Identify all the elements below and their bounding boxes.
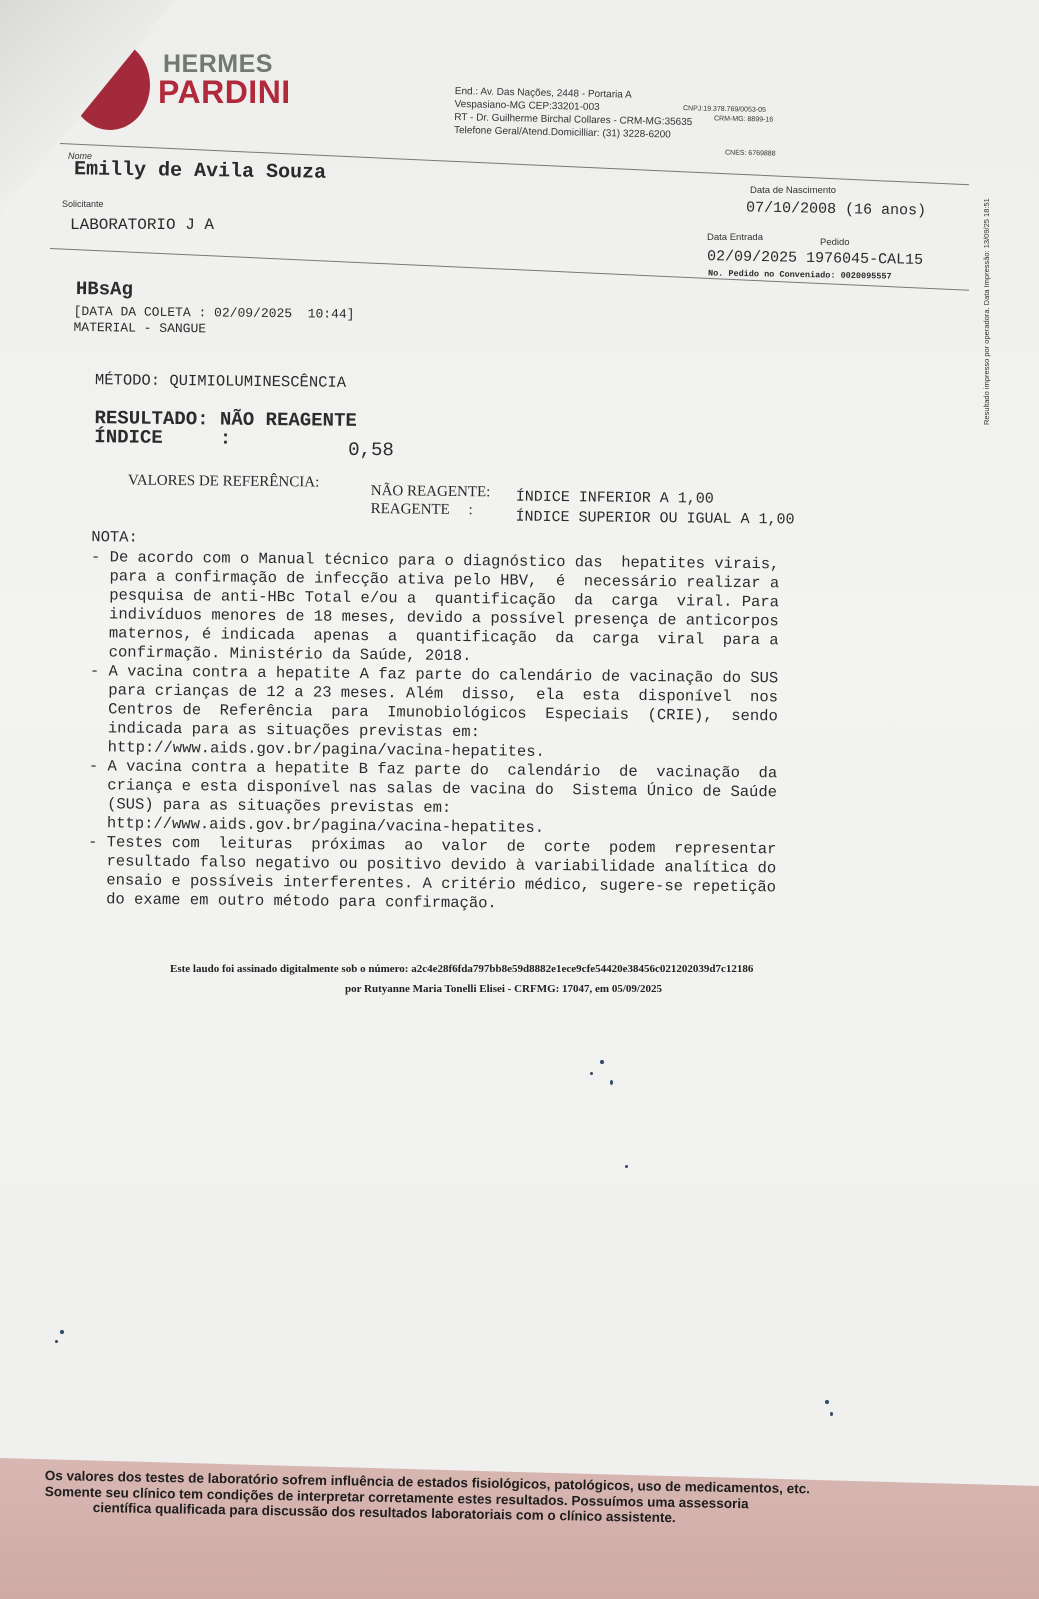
method: MÉTODO: QUIMIOLUMINESCÊNCIA xyxy=(95,371,346,392)
entry-label: Data Entrada xyxy=(707,232,763,243)
requester-label: Solicitante xyxy=(62,199,104,209)
notes-title: NOTA: xyxy=(91,528,138,546)
order-number: 1976045-CAL15 xyxy=(806,250,923,269)
note-item: - Testes com leituras próximas ao valor … xyxy=(87,833,776,916)
ink-speck xyxy=(600,1060,604,1064)
material: MATERIAL - SANGUE xyxy=(73,320,206,336)
entry-date: 02/09/2025 xyxy=(707,248,797,267)
ink-speck xyxy=(830,1412,833,1416)
ink-speck xyxy=(610,1080,613,1085)
requester: LABORATORIO J A xyxy=(70,216,214,234)
reference-category: REAGENTE : xyxy=(371,501,473,519)
ink-speck xyxy=(625,1165,628,1168)
reference-label: VALORES DE REFERÊNCIA: xyxy=(128,473,320,492)
lab-crm: CRM-MG: 8899-16 xyxy=(714,115,773,123)
signature-signer: por Rutyanne Maria Tonelli Elisei - CRFM… xyxy=(345,983,662,995)
lab-cnpj: CNPJ:19.378.769/0053-05 xyxy=(683,105,766,114)
signature-line: Este laudo foi assinado digitalmente sob… xyxy=(170,963,753,975)
lab-report-page: HERMES PARDINI End.: Av. Das Nações, 244… xyxy=(0,0,1039,1599)
entry-and-order: 02/09/2025 1976045-CAL15 xyxy=(707,248,923,269)
order-label: Pedido xyxy=(820,237,850,248)
brand-name-line2: PARDINI xyxy=(158,74,291,111)
ink-speck xyxy=(60,1330,64,1334)
lab-address: End.: Av. Das Nações, 2448 - Portaria A … xyxy=(454,85,693,142)
lab-cnes: CNES: 6769888 xyxy=(725,149,776,157)
reference-category: NÃO REAGENTE: xyxy=(371,483,491,501)
note-item: - De acordo com o Manual técnico para o … xyxy=(90,548,779,669)
index-label: ÍNDICE : xyxy=(94,426,231,449)
footer-band: Os valores dos testes de laboratório sof… xyxy=(0,1458,1039,1599)
reference-criterion: ÍNDICE INFERIOR A 1,00 xyxy=(516,489,714,508)
exam-name: HBsAg xyxy=(76,278,133,301)
index-value: 0,58 xyxy=(348,439,394,461)
print-note: Resultado impresso por operadora. Data I… xyxy=(982,198,991,425)
result-value: NÃO REAGENTE xyxy=(220,408,357,431)
notes-list: - De acordo com o Manual técnico para o … xyxy=(87,548,779,916)
ink-speck xyxy=(825,1400,829,1404)
ink-speck xyxy=(590,1072,593,1075)
collection-date: [DATA DA COLETA : 02/09/2025 10:44] xyxy=(74,304,355,322)
birth-label: Data de Nascimento xyxy=(750,185,836,196)
note-item: - A vacina contra a hepatite B faz parte… xyxy=(88,757,777,840)
birth-date: 07/10/2008 (16 anos) xyxy=(746,199,926,219)
note-item: - A vacina contra a hepatite A faz parte… xyxy=(89,662,778,764)
patient-name: Emilly de Avila Souza xyxy=(74,158,326,185)
reference-criterion: ÍNDICE SUPERIOR OU IGUAL A 1,00 xyxy=(515,509,794,529)
ink-speck xyxy=(55,1340,58,1343)
